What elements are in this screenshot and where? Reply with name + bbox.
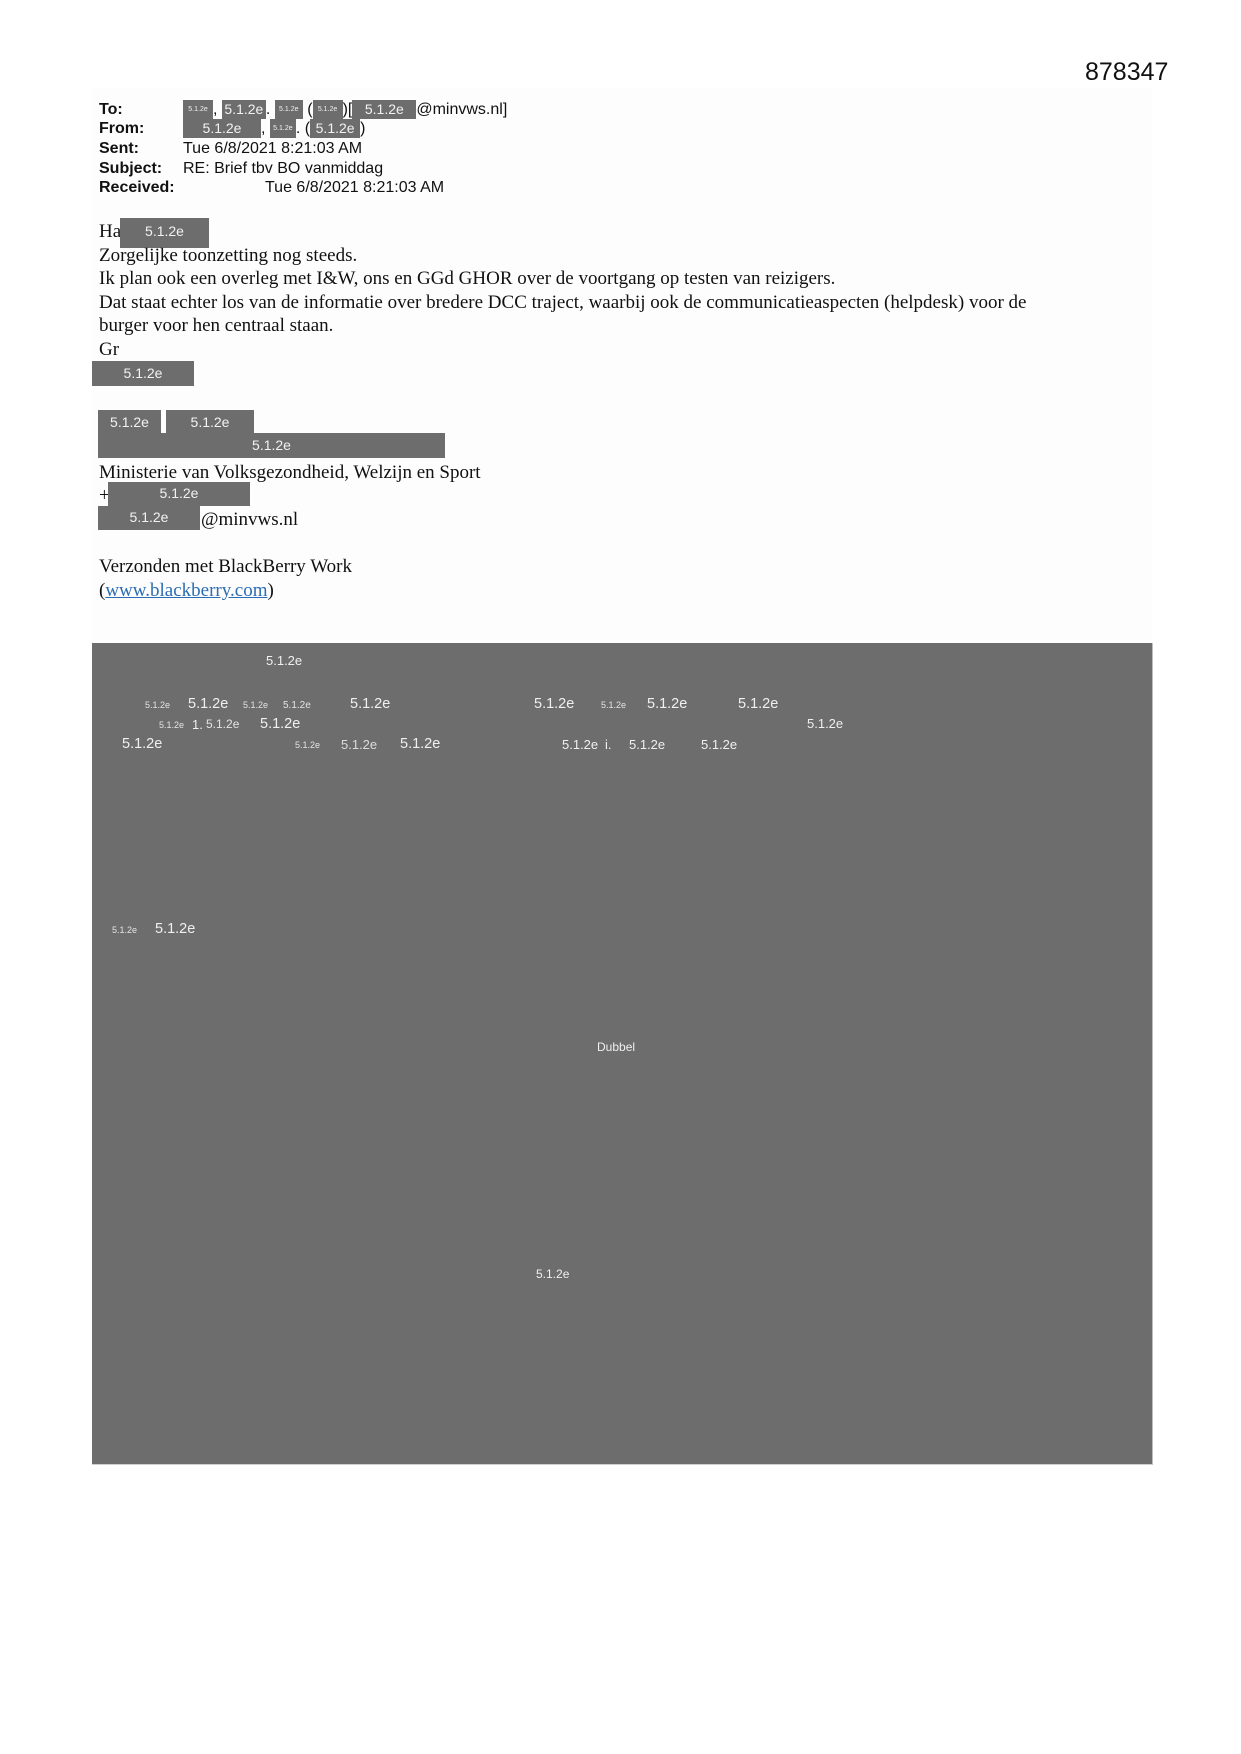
- redaction: 5.1.2e: [270, 119, 296, 138]
- blackberry-link[interactable]: www.blackberry.com: [105, 580, 267, 601]
- redaction-sig-1: 5.1.2e: [98, 410, 161, 434]
- header-to: To:5.1.2e, 5.1.2e. 5.1.2e (5.1.2e)[5.1.2…: [99, 100, 507, 120]
- redaction-label: 5.1.2e: [295, 740, 320, 750]
- to-label: To:: [99, 100, 183, 120]
- redaction-sender-name: 5.1.2e: [92, 361, 194, 386]
- body-line-1: Zorgelijke toonzetting nog steeds.: [99, 244, 357, 268]
- sent-value: Tue 6/8/2021 8:21:03 AM: [183, 140, 362, 157]
- signature-email-domain: @minvws.nl: [201, 508, 298, 532]
- redaction-label: 5.1.2e: [243, 700, 268, 710]
- body-line-2: Ik plan ook een overleg met I&W, ons en …: [99, 267, 835, 291]
- sent-with-note: Verzonden met BlackBerry Work: [99, 555, 352, 579]
- duplicate-label: Dubbel: [597, 1040, 635, 1054]
- redaction-label: 5.1.2e: [400, 736, 440, 752]
- redaction: 5.1.2e: [352, 100, 416, 119]
- subject-value: RE: Brief tbv BO vanmiddag: [183, 160, 383, 177]
- redaction-label: 5.1.2e: [807, 716, 843, 731]
- greeting: Ha: [99, 220, 121, 244]
- redaction: 5.1.2e: [313, 100, 343, 119]
- body-line-4: burger voor hen centraal staan.: [99, 314, 333, 338]
- redaction-label: 5.1.2e: [341, 737, 377, 752]
- subject-label: Subject:: [99, 159, 183, 179]
- header-received: Received:Tue 6/8/2021 8:21:03 AM: [99, 178, 444, 198]
- redaction-label: 5.1.2e: [188, 696, 228, 712]
- redaction-label: 5.1.2e: [260, 716, 300, 732]
- redaction: 5.1.2e: [310, 119, 360, 138]
- redaction-label: 5.1.2e: [283, 700, 311, 711]
- blackberry-link-line: (www.blackberry.com): [99, 579, 274, 603]
- redaction-label: 5.1.2e: [701, 737, 737, 752]
- header-from: From:5.1.2e, 5.1.2e. (5.1.2e): [99, 119, 365, 139]
- redaction-label: 5.1.2e: [122, 736, 162, 752]
- header-sent: Sent:Tue 6/8/2021 8:21:03 AM: [99, 139, 362, 159]
- redaction: 5.1.2e: [222, 100, 266, 119]
- redaction-label: 5.1.2e: [145, 700, 170, 710]
- header-subject: Subject:RE: Brief tbv BO vanmiddag: [99, 159, 383, 179]
- redaction-phone: 5.1.2e: [108, 482, 250, 506]
- to-domain: @minvws.nl]: [416, 101, 507, 118]
- redacted-content-block: 5.1.2e 5.1.2e 5.1.2e 5.1.2e 5.1.2e 5.1.2…: [92, 643, 1153, 1465]
- body-line-3: Dat staat echter los van de informatie o…: [99, 291, 1026, 315]
- redaction: 5.1.2e: [183, 100, 213, 119]
- redaction-email-user: 5.1.2e: [98, 506, 200, 530]
- redaction-label: 5.1.2e: [155, 921, 195, 937]
- redaction-sig-2: 5.1.2e: [166, 410, 254, 434]
- redaction-label: 5.1.2e: [536, 1267, 569, 1281]
- redaction-label: 5.1.2e: [206, 717, 239, 731]
- redaction-label: 5.1.2e: [534, 696, 574, 712]
- redaction-label: 5.1.2e: [266, 653, 302, 668]
- sent-label: Sent:: [99, 139, 183, 159]
- redaction-partial: i.: [605, 737, 612, 752]
- greeting-prefix: Ha: [99, 221, 121, 242]
- received-value: Tue 6/8/2021 8:21:03 AM: [265, 179, 444, 196]
- redaction-label: 5.1.2e: [647, 696, 687, 712]
- closing: Gr: [99, 338, 119, 362]
- redaction: 5.1.2e: [275, 100, 303, 119]
- redaction-label: 5.1.2e: [112, 925, 137, 935]
- paren-close: ): [267, 580, 273, 601]
- signature-organization: Ministerie van Volksgezondheid, Welzijn …: [99, 461, 481, 485]
- redaction-partial: 1.: [192, 717, 203, 732]
- redaction-label: 5.1.2e: [601, 700, 626, 710]
- redaction-label: 5.1.2e: [629, 737, 665, 752]
- redaction-label: 5.1.2e: [562, 737, 598, 752]
- redaction-sig-3: 5.1.2e: [98, 433, 445, 458]
- redaction-label: 5.1.2e: [738, 696, 778, 712]
- page-number: 878347: [1085, 58, 1168, 87]
- redaction-label: 5.1.2e: [159, 720, 184, 730]
- redaction-label: 5.1.2e: [350, 696, 390, 712]
- redaction: 5.1.2e: [183, 119, 261, 138]
- from-label: From:: [99, 119, 183, 139]
- received-label: Received:: [99, 178, 265, 198]
